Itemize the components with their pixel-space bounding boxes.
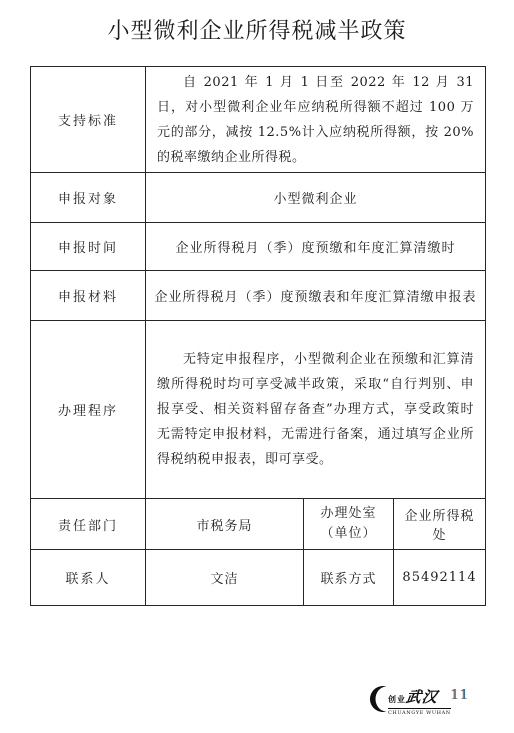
logo-subtext: CHUANGYE WUHAN <box>388 708 451 716</box>
table-row-procedure: 办理程序 无特定申报程序，小型微利企业在预缴和汇算清缴所得税时均可享受减半政策，… <box>31 321 486 499</box>
row-value: 企业所得税月（季）度预缴表和年度汇算清缴申报表 <box>146 271 486 321</box>
row-value: 小型微利企业 <box>146 173 486 223</box>
table-row-contact: 联系人 文洁 联系方式 85492114 <box>31 550 486 606</box>
row-value: 市税务局 <box>146 499 304 550</box>
row-value: 企业所得税月（季）度预缴和年度汇算清缴时 <box>146 223 486 271</box>
row-value: 无特定申报程序，小型微利企业在预缴和汇算清缴所得税时均可享受减半政策，采取“自行… <box>146 321 486 499</box>
row-label: 办理程序 <box>31 321 146 499</box>
row-label: 责任部门 <box>31 499 146 550</box>
row-label: 支持标准 <box>31 67 146 173</box>
policy-table: 支持标准 自 2021 年 1 月 1 日至 2022 年 12 月 31 日，… <box>30 66 486 606</box>
row-label: 申报对象 <box>31 173 146 223</box>
row-value-2: 85492114 <box>394 550 486 606</box>
page-title: 小型微利企业所得税减半政策 <box>0 14 514 45</box>
table-row-responsible-dept: 责任部门 市税务局 办理处室 （单位） 企业所得税处 <box>31 499 486 550</box>
table-row-declare-target: 申报对象 小型微利企业 <box>31 173 486 223</box>
table-row-support-standard: 支持标准 自 2021 年 1 月 1 日至 2022 年 12 月 31 日，… <box>31 67 486 173</box>
logo-text: 创业 武汉 CHUANGYE WUHAN <box>388 686 451 716</box>
chuangye-wuhan-logo: 创业 武汉 CHUANGYE WUHAN <box>369 684 451 716</box>
row-label-2: 联系方式 <box>304 550 394 606</box>
row-label: 联系人 <box>31 550 146 606</box>
logo-text-small: 创业 <box>388 694 406 707</box>
row-value: 自 2021 年 1 月 1 日至 2022 年 12 月 31 日，对小型微利… <box>146 67 486 173</box>
table-row-declare-material: 申报材料 企业所得税月（季）度预缴表和年度汇算清缴申报表 <box>31 271 486 321</box>
document-page: 小型微利企业所得税减半政策 支持标准 自 2021 年 1 月 1 日至 202… <box>0 0 514 733</box>
row-label: 申报时间 <box>31 223 146 271</box>
table-row-declare-time: 申报时间 企业所得税月（季）度预缴和年度汇算清缴时 <box>31 223 486 271</box>
page-number: 11 <box>451 688 470 703</box>
row-value-2: 企业所得税处 <box>394 499 486 550</box>
logo-text-large: 武汉 <box>405 686 440 707</box>
row-label: 申报材料 <box>31 271 146 321</box>
row-value: 文洁 <box>146 550 304 606</box>
row-label-2: 办理处室 （单位） <box>304 499 394 550</box>
